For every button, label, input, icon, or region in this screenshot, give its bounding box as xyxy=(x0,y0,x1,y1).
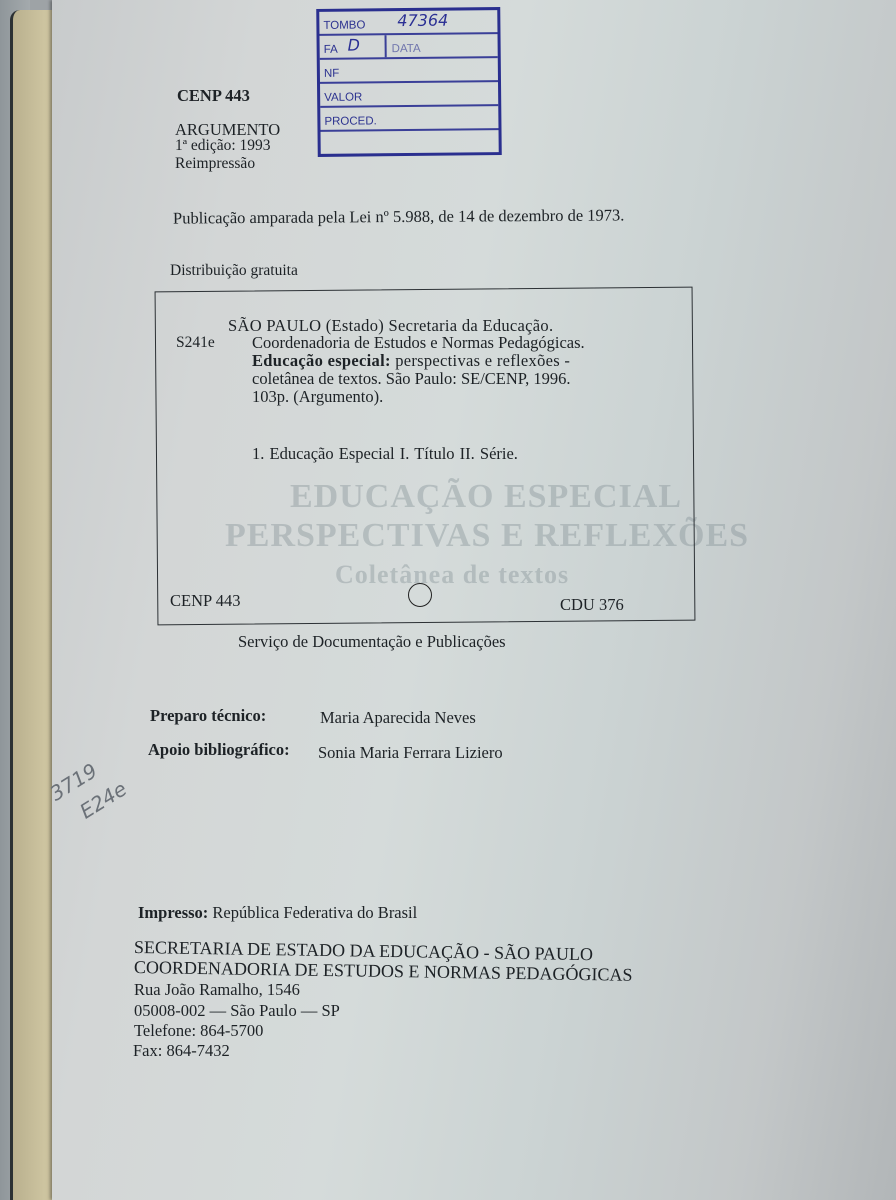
credit-value: Sonia Maria Ferrara Liziero xyxy=(318,743,503,763)
distribution-note: Distribuição gratuita xyxy=(170,262,298,280)
credit-value: Maria Aparecida Neves xyxy=(320,708,476,728)
stamp-label: PROCED. xyxy=(324,115,377,128)
header-edition: 1ª edição: 1993 xyxy=(175,137,271,155)
stamp-row-proced: PROCED. xyxy=(320,106,498,132)
stamp-divider xyxy=(385,35,387,57)
catalog-line: Coordenadoria de Estudos e Normas Pedagó… xyxy=(252,333,585,353)
legal-notice: Publicação amparada pela Lei nº 5.988, d… xyxy=(173,205,625,228)
credit-label: Preparo técnico: xyxy=(150,706,266,726)
stamp-tombo-value: 47364 xyxy=(397,12,448,31)
catalog-line: 103p. (Argumento). xyxy=(252,387,383,407)
library-stamp: TOMBO 47364 FA D DATA NF VALOR PROCED. xyxy=(316,7,502,157)
catalog-title-bold: Educação especial: xyxy=(252,351,391,370)
catalog-call-number: S241e xyxy=(176,334,215,352)
stamp-label: NF xyxy=(324,68,339,80)
catalog-footer-left: CENP 443 xyxy=(170,591,240,611)
stamp-label: VALOR xyxy=(324,91,362,103)
imprint-value: República Federativa do Brasil xyxy=(208,903,417,922)
imprint: Impresso: República Federativa do Brasil xyxy=(138,903,417,923)
service-line: Serviço de Documentação e Publicações xyxy=(238,632,506,652)
circle-icon xyxy=(408,583,432,607)
stamp-row-valor: VALOR xyxy=(320,82,498,108)
address-fax: Fax: 864-7432 xyxy=(133,1041,230,1061)
address-street: Rua João Ramalho, 1546 xyxy=(134,980,300,1000)
address-city: 05008-002 — São Paulo — SP xyxy=(134,1001,340,1021)
catalog-title: Educação especial: perspectivas e reflex… xyxy=(252,351,570,371)
address-phone: Telefone: 864-5700 xyxy=(134,1021,263,1041)
stamp-fa-value: D xyxy=(348,37,361,55)
imprint-label: Impresso: xyxy=(138,903,208,922)
catalog-title-rest: perspectivas e reflexões - xyxy=(391,351,570,370)
stamp-label: FA xyxy=(324,44,338,56)
catalog-footer-right: CDU 376 xyxy=(560,595,624,615)
stamp-row-tombo: TOMBO 47364 xyxy=(319,10,497,36)
header-code: CENP 443 xyxy=(177,86,250,106)
stamp-label: TOMBO xyxy=(323,19,365,31)
stamp-row-nf: NF xyxy=(320,58,498,84)
credit-label: Apoio bibliográfico: xyxy=(148,740,290,760)
catalog-subjects: 1. Educação Especial I. Título II. Série… xyxy=(252,444,518,464)
catalog-line: coletânea de textos. São Paulo: SE/CENP,… xyxy=(252,369,571,389)
stamp-row-fa: FA D DATA xyxy=(320,34,498,60)
header-reprint: Reimpressão xyxy=(175,155,255,173)
